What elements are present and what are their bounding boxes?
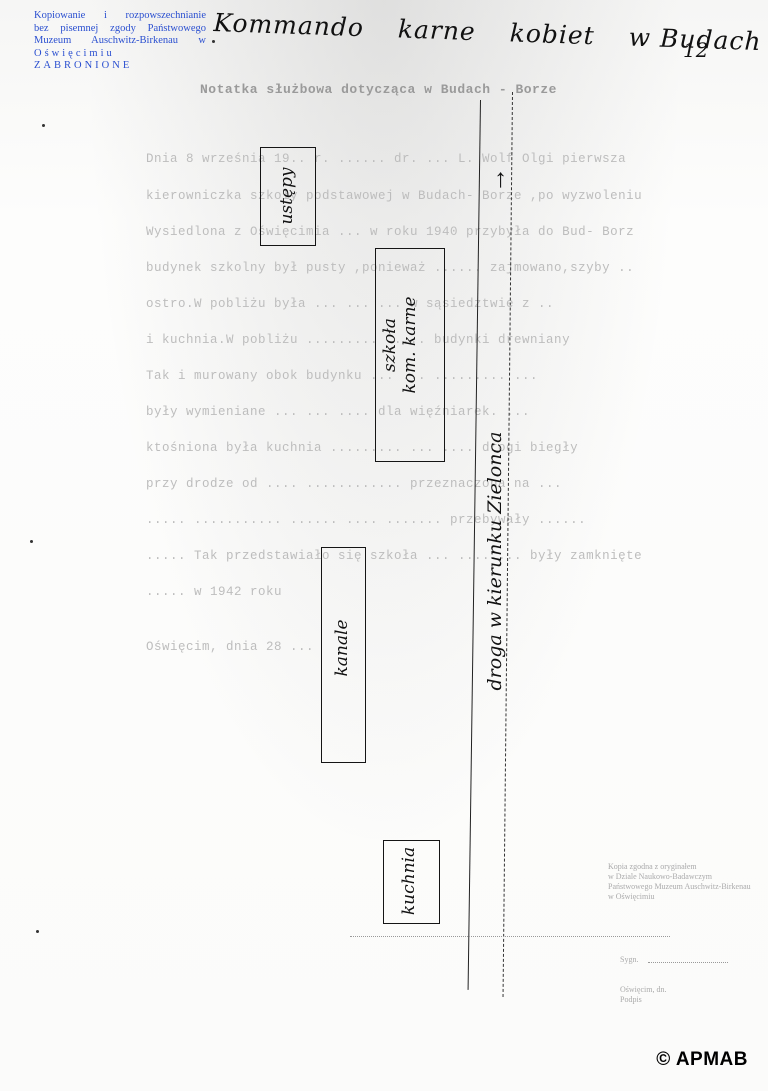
signature-line [648,962,728,963]
building-ustepy: ustępy [260,147,316,246]
title-word: kobiet [509,18,595,50]
typed-line: Dnia 8 września 19.. r. ...... dr. ... L… [146,152,626,166]
typed-line: ..... ........... ...... .... ....... pr… [146,513,586,527]
scan-speck [30,540,33,543]
sign-label: Oświęcim, dn. [620,985,666,995]
stamp-line-3: Muzeum Auschwitz-Birkenau w [34,35,206,48]
typed-footer-line: Oświęcim, dnia 28 ... [146,640,314,654]
building-label: kuchnia [399,836,419,926]
building-label: ustępy [277,156,297,236]
building-kanale: kanale [321,547,366,763]
title-word: Kommando [213,8,364,42]
signature-line [350,936,670,937]
scan-speck [36,930,39,933]
typed-heading: Notatka służbowa dotycząca w Budach - Bo… [200,82,557,97]
typed-line: kierowniczka szkoły podstawowej w Budach… [146,189,642,203]
stamp-line-2: bez pisemnej zgody Państwowego [34,23,206,36]
building-label: kom. karne [400,265,420,425]
scan-speck [42,124,45,127]
building-label: szkoła [380,265,400,425]
archive-stamp-line: Kopia zgodna z oryginałem [608,862,751,872]
title-word: karne [397,14,476,46]
building-szkola: szkoła kom. karne [375,248,445,462]
copyright-notice-stamp: Kopiowanie i rozpowszechnianie bez pisem… [34,10,206,73]
archive-stamp: Kopia zgodna z oryginałem w Dziale Nauko… [608,862,751,902]
copyright-label: © APMAB [656,1049,748,1071]
stamp-line-4: Oświęcimiu ZABRONIONE [34,48,206,73]
road-label: droga w kierunku Zielonca [484,411,506,711]
typed-line: ktośniona była kuchnia ......... ... ...… [146,441,578,455]
typed-line: ..... Tak przedstawiało się szkoła ... .… [146,549,642,563]
sign-label: Sygn. [620,955,638,965]
scan-speck [212,40,215,43]
typed-line: były wymieniane ... ... .... dla więźnia… [146,405,530,419]
building-kuchnia: kuchnia [383,840,440,924]
typed-line: Tak i murowany obok budynku ... ... ....… [146,369,538,383]
typed-line: ostro.W pobliżu była ... ... ... w sąsie… [146,297,554,311]
typed-line: i kuchnia.W pobliżu ......... ..... budy… [146,333,570,347]
archive-stamp-line: Państwowego Muzeum Auschwitz-Birkenau [608,882,751,892]
stamp-line-1: Kopiowanie i rozpowszechnianie [34,10,206,23]
sign-label: Podpis [620,995,642,1005]
typed-line: Wysiedlona z Oświęcimia ... w roku 1940 … [146,225,634,239]
archive-stamp-line: w Oświęcimiu [608,892,751,902]
building-label: kanale [332,588,352,708]
document-page: Kopiowanie i rozpowszechnianie bez pisem… [0,0,768,1091]
page-number: 12 [683,38,708,62]
archive-stamp-line: w Dziale Naukowo-Badawczym [608,872,751,882]
direction-arrow-icon: → [482,167,512,193]
typed-line: ..... w 1942 roku [146,585,282,599]
